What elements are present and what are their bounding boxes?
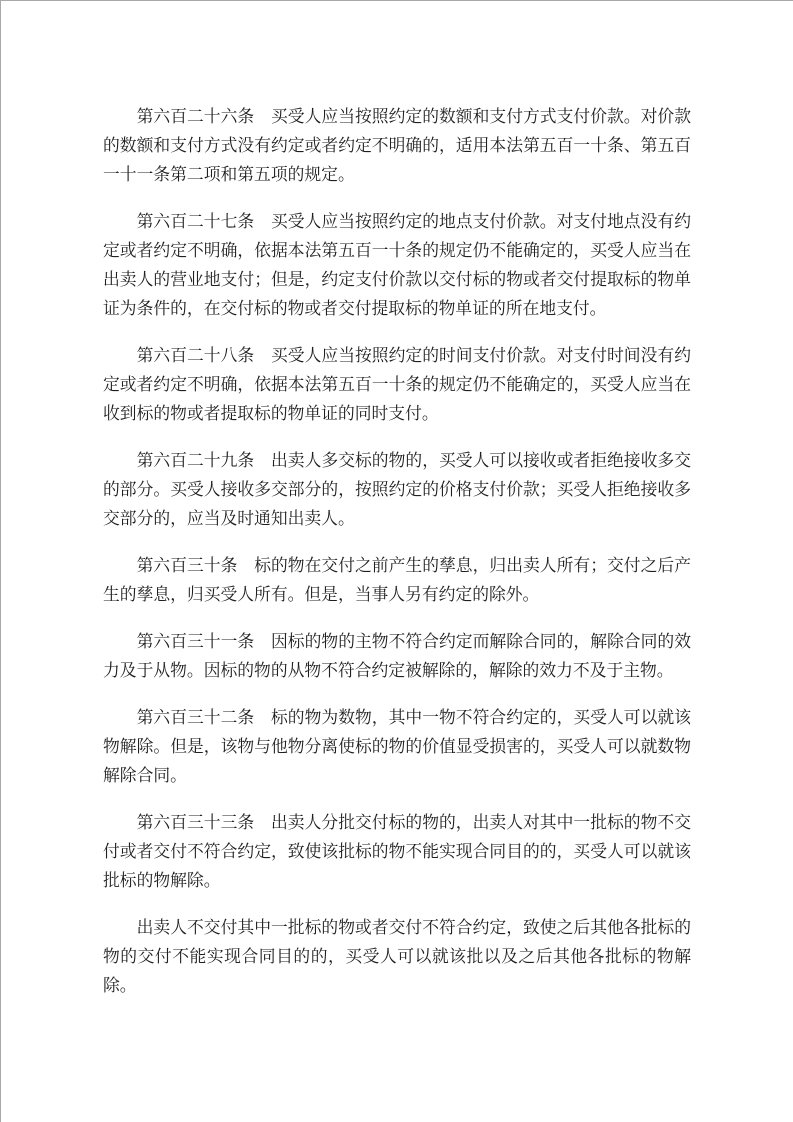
document-page: 第六百二十六条买受人应当按照约定的数额和支付方式支付价款。对价款的数额和支付方式… (0, 0, 793, 1122)
paragraph-article-629: 第六百二十九条出卖人多交标的物的，买受人可以接收或者拒绝接收多交的部分。买受人接… (103, 446, 691, 533)
paragraph-article-631: 第六百三十一条因标的物的主物不符合约定而解除合同的，解除合同的效力及于从物。因标… (103, 627, 691, 685)
article-number-628: 第六百二十八条 (137, 346, 255, 365)
paragraph-article-626: 第六百二十六条买受人应当按照约定的数额和支付方式支付价款。对价款的数额和支付方式… (103, 102, 691, 189)
article-body-633-continued: 出卖人不交付其中一批标的物或者交付不符合约定，致使之后其他各批标的物的交付不能实… (103, 918, 691, 995)
article-number-626: 第六百二十六条 (137, 107, 255, 126)
paragraph-article-628: 第六百二十八条买受人应当按照约定的时间支付价款。对支付时间没有约定或者约定不明确… (103, 341, 691, 428)
article-number-629: 第六百二十九条 (137, 451, 255, 470)
article-number-633: 第六百三十三条 (137, 813, 255, 832)
paragraph-article-627: 第六百二十七条买受人应当按照约定的地点支付价款。对支付地点没有约定或者约定不明确… (103, 207, 691, 323)
paragraph-article-630: 第六百三十条标的物在交付之前产生的孳息，归出卖人所有；交付之后产生的孳息，归买受… (103, 551, 691, 609)
paragraph-article-632: 第六百三十二条标的物为数物，其中一物不符合约定的，买受人可以就该物解除。但是，该… (103, 703, 691, 790)
article-number-627: 第六百二十七条 (137, 212, 255, 231)
paragraph-article-633-continued: 出卖人不交付其中一批标的物或者交付不符合约定，致使之后其他各批标的物的交付不能实… (103, 913, 691, 1000)
article-number-632: 第六百三十二条 (137, 708, 255, 727)
paragraph-article-633: 第六百三十三条出卖人分批交付标的物的，出卖人对其中一批标的物不交付或者交付不符合… (103, 808, 691, 895)
article-number-631: 第六百三十一条 (137, 632, 255, 651)
article-number-630: 第六百三十条 (137, 556, 238, 575)
